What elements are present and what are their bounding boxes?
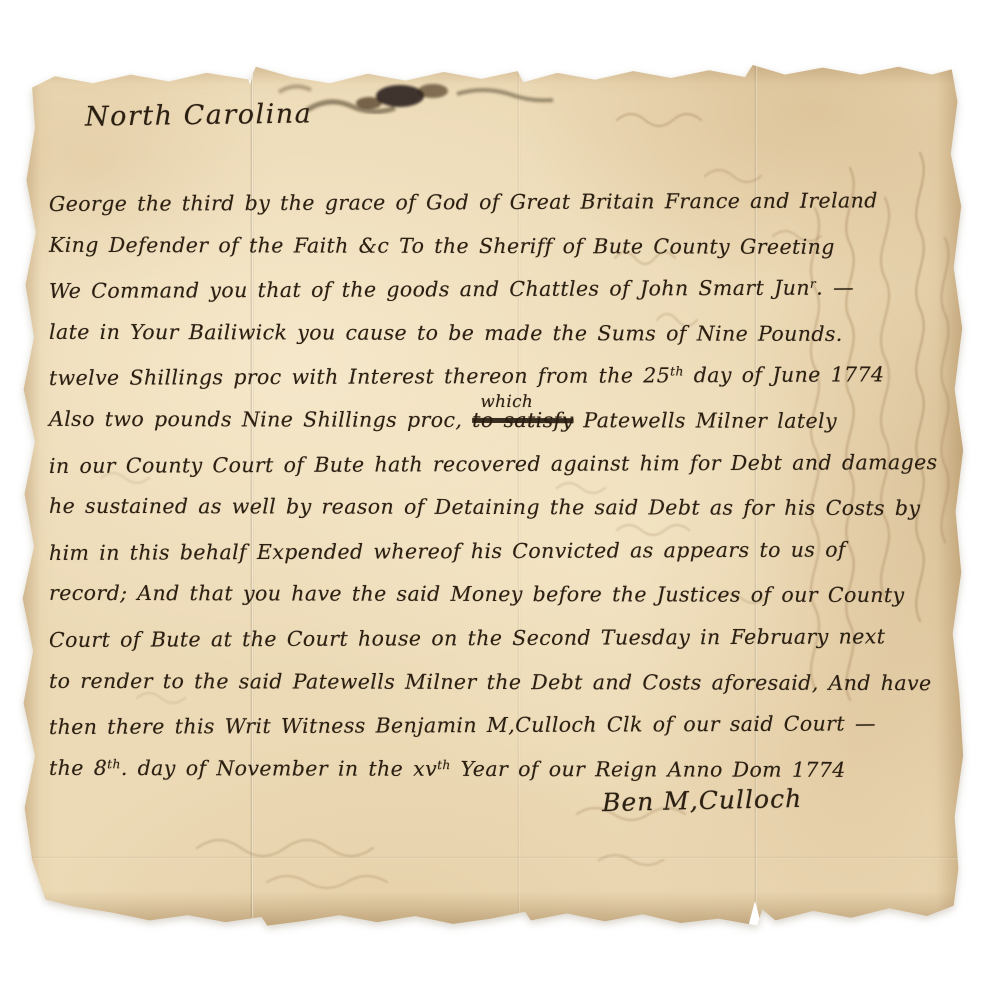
photo-background: North Carolina George the third by the g… [0,0,1000,1000]
manuscript-body: George the third by the grace of God of … [49,190,951,800]
inserted-word: which [480,391,533,411]
document-region-heading: North Carolina [85,98,313,132]
manuscript-line: King Defender of the Faith &c To the She… [49,232,951,278]
manuscript-line: Court of Bute at the Court house on the … [49,624,951,672]
manuscript-line: late in Your Bailiwick you cause to be m… [49,320,951,366]
paper-tear-notch-top [243,57,257,85]
manuscript-line: to render to the said Patewells Milner t… [49,668,951,714]
manuscript-text: North Carolina George the third by the g… [47,98,951,930]
manuscript-line: record; And that you have the said Money… [49,581,951,627]
manuscript-line: then there this Writ Witness Benjamin M,… [49,711,951,759]
manuscript-line: he sustained as well by reason of Detain… [49,494,951,540]
manuscript-line: the 8th. day of November in the xvth Yea… [49,756,951,802]
manuscript-paper: North Carolina George the third by the g… [17,58,965,930]
manuscript-line: We Command you that of the goods and Cha… [49,275,951,323]
signature-ben-mcculloch: Ben M,Culloch [602,784,803,817]
manuscript-line: Also two pounds Nine Shillings proc, to … [49,407,951,453]
manuscript-line: in our County Court of Bute hath recover… [49,450,951,498]
manuscript-line: him in this behalf Expended whereof his … [49,537,951,585]
paper-sheet: North Carolina George the third by the g… [17,58,965,930]
manuscript-line: George the third by the grace of God of … [49,188,951,236]
